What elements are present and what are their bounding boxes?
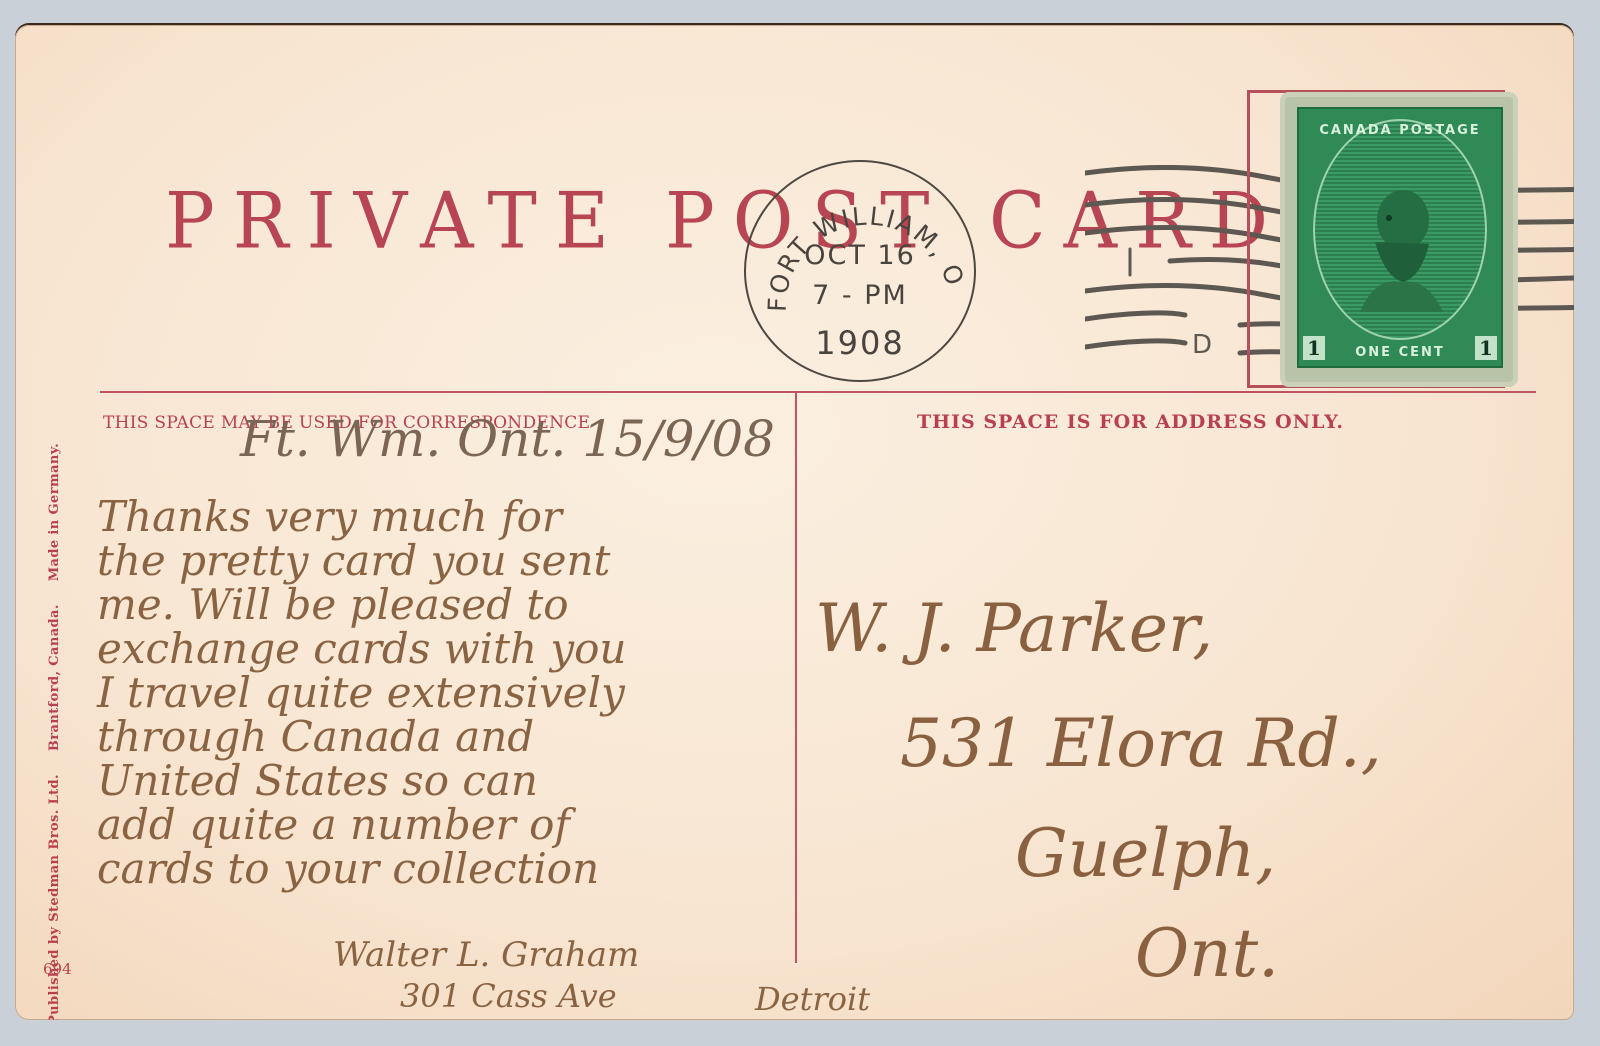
- card-number: 694: [43, 960, 72, 978]
- recipient-city: Guelph,: [1015, 815, 1276, 892]
- recipient-name: W. J. Parker,: [815, 590, 1213, 667]
- postmark-time: 7 - PM: [746, 280, 974, 311]
- recipient-province: Ont.: [1135, 915, 1279, 992]
- stamp-value-right: 1: [1475, 336, 1497, 360]
- message-line: the pretty card you sent: [97, 539, 626, 583]
- address-label: THIS SPACE IS FOR ADDRESS ONLY.: [917, 411, 1344, 433]
- postmark-date: OCT 16: [746, 240, 974, 271]
- stamp-value-left: 1: [1303, 336, 1325, 360]
- postage-stamp: CANADA POSTAGE ONE CENT 1 1: [1285, 97, 1513, 382]
- sender-address: 301 Cass Ave: [400, 977, 617, 1015]
- message-line: me. Will be pleased to: [97, 583, 626, 627]
- message-line: through Canada and: [97, 715, 626, 759]
- title-private: PRIVATE: [165, 176, 627, 266]
- message-line: Thanks very much for: [97, 495, 626, 539]
- postmark-year: 1908: [746, 324, 974, 362]
- divider-horizontal: [100, 391, 1536, 393]
- publisher-name: Published by Stedman Bros. Ltd.: [47, 774, 62, 1020]
- signature: Walter L. Graham: [333, 935, 639, 975]
- sender-city: Detroit: [755, 980, 870, 1018]
- message-line: United States so can: [97, 759, 626, 803]
- publisher-location: Brantford, Canada.: [47, 604, 62, 751]
- king-portrait-icon: [1355, 182, 1445, 312]
- message-line: exchange cards with you: [97, 627, 626, 671]
- postmark: FORT WILLIAM, ONT. OCT 16 7 - PM 1908: [744, 160, 976, 382]
- stamp-bottom-text: ONE CENT: [1299, 345, 1501, 360]
- divider-vertical: [795, 393, 797, 963]
- message-line: I travel quite extensively: [97, 671, 626, 715]
- recipient-street: 531 Elora Rd.,: [900, 705, 1382, 782]
- message-line: add quite a number of: [97, 803, 626, 847]
- message-body: Thanks very much for the pretty card you…: [97, 495, 626, 891]
- cancel-letter: D: [1192, 330, 1212, 360]
- manufacture-origin: Made in Germany.: [47, 443, 62, 581]
- stamp-top-text: CANADA POSTAGE: [1299, 123, 1501, 138]
- message-line: cards to your collection: [97, 847, 626, 891]
- postcard-back: PRIVATE POST CARD D: [15, 25, 1574, 1020]
- publisher-imprint: Published by Stedman Bros. Ltd. Brantfor…: [47, 205, 62, 1020]
- message-dateline: Ft. Wm. Ont. 15/9/08: [240, 410, 775, 468]
- card-title: PRIVATE POST CARD: [165, 176, 627, 266]
